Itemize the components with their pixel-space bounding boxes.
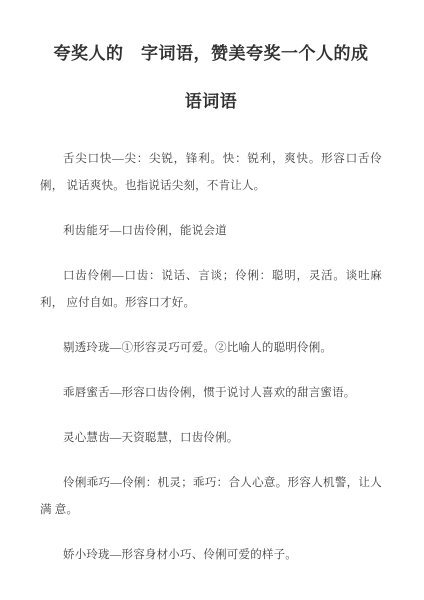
paragraph-definition: 利齿能牙—口齿伶俐，能说会道	[40, 218, 382, 245]
paragraph-definition: 乖唇蜜舌—形容口齿伶俐，惯于说讨人喜欢的甜言蜜语。	[40, 380, 382, 407]
paragraph-definition: 剔透玲珑—①形容灵巧可爱。②比喻人的聪明伶俐。	[40, 335, 382, 362]
paragraph-definition: 口齿伶俐—口齿：说话、言谈；伶俐：聪明，灵活。谈吐麻利， 应付自如。形容口才好。	[40, 263, 382, 317]
paragraph-definition: 灵心慧齿—天资聪慧，口齿伶俐。	[40, 425, 382, 452]
document-body: 舌尖口快—尖：尖锐，锋利。快：锐利，爽快。形容口舌伶俐， 说话爽快。也指说话尖刻…	[40, 146, 382, 569]
page-title-line-1: 夸奖人的 字词语，赞美夸奖一个人的成	[40, 30, 382, 78]
page-title-line-2: 语词语	[40, 78, 382, 126]
paragraph-definition: 娇小玲珑—形容身材小巧、伶俐可爱的样子。	[40, 542, 382, 569]
document-page: 夸奖人的 字词语，赞美夸奖一个人的成 语词语 舌尖口快—尖：尖锐，锋利。快：锐利…	[0, 0, 424, 600]
page-title: 夸奖人的 字词语，赞美夸奖一个人的成 语词语	[40, 30, 382, 126]
paragraph-definition: 舌尖口快—尖：尖锐，锋利。快：锐利，爽快。形容口舌伶俐， 说话爽快。也指说话尖刻…	[40, 146, 382, 200]
paragraph-definition: 伶俐乖巧—伶俐：机灵；乖巧：合人心意。形容人机警，让人满 意。	[40, 470, 382, 524]
